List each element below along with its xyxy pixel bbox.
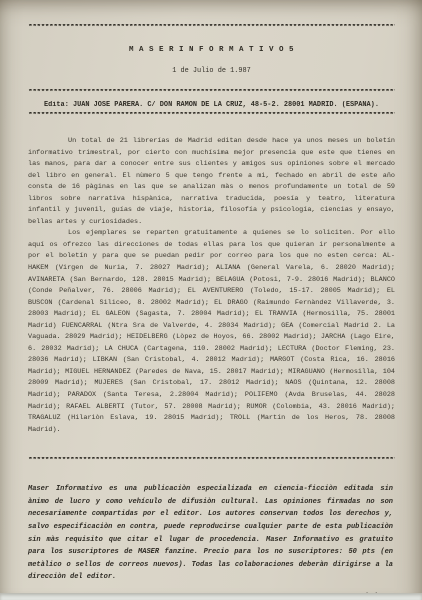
article-body: Un total de 21 librerías de Madrid edita… <box>28 136 395 436</box>
publisher-line: Edita: JUAN JOSE PARERA. C/ DON RAMON DE… <box>28 101 395 109</box>
separator-row-above-publisher: ****************************************… <box>28 89 395 98</box>
issue-date: 1 de Julio de 1.987 <box>28 67 395 75</box>
newsletter-title: M A S E R I N F O R M A T I V O 5 <box>28 46 395 54</box>
legal-notice: Maser Informativo es una publicaciòn esp… <box>28 483 395 584</box>
separator-row-top: ****************************************… <box>28 24 395 33</box>
intro-paragraph: Un total de 21 librerías de Madrid edita… <box>28 136 395 228</box>
separator-row-above-legal: ****************************************… <box>28 457 395 466</box>
separator-row-below-publisher: ****************************************… <box>28 112 395 121</box>
scan-bottom-edge <box>0 593 422 600</box>
scanned-page: ****************************************… <box>0 0 422 600</box>
bookstores-paragraph: Los ejemplares se reparten gratuitamente… <box>28 228 395 436</box>
